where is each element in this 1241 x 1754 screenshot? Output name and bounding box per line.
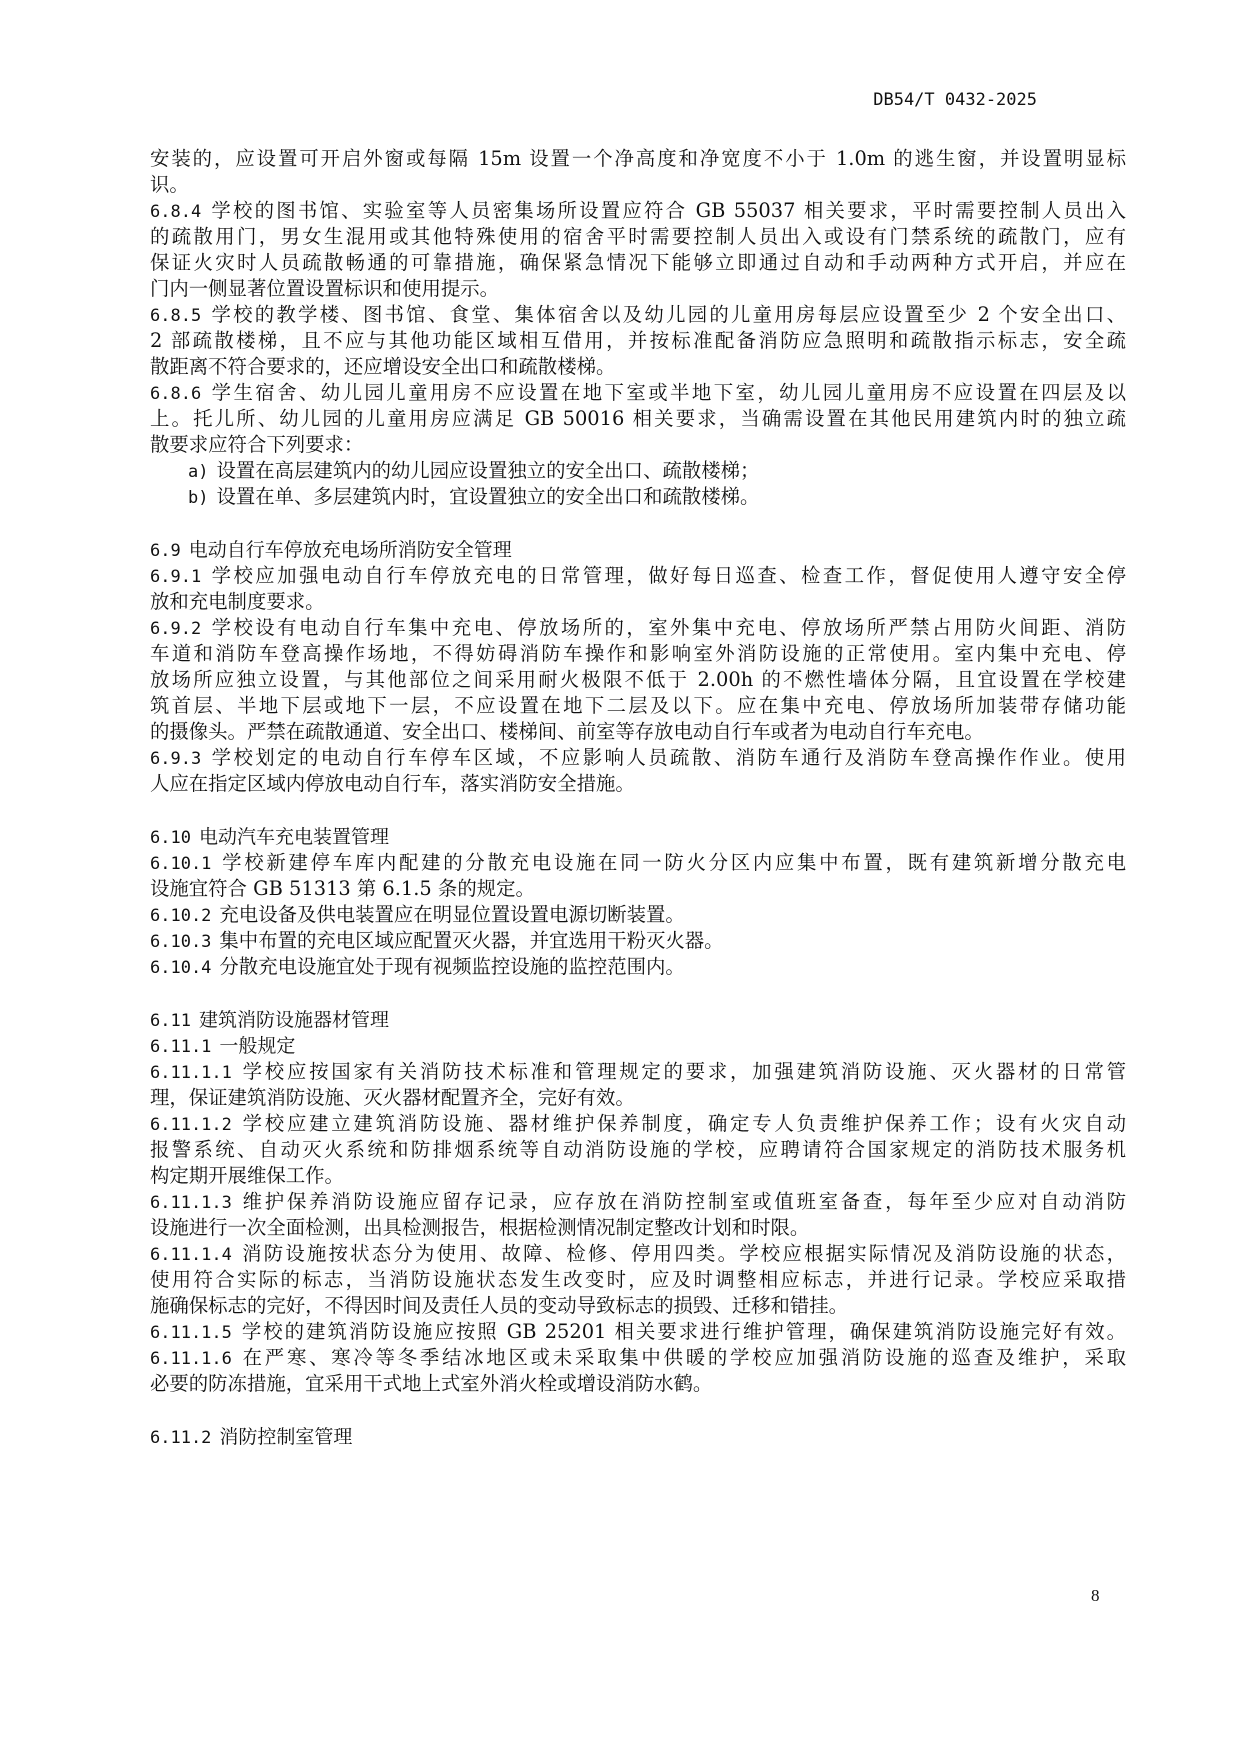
- line-text: 电动自行车停放充电场所消防安全管理: [189, 539, 512, 561]
- section-heading: 6.11.1一般规定: [150, 1033, 1126, 1059]
- line-text: 消防控制室管理: [219, 1426, 352, 1448]
- line-text: 学校划定的电动自行车停车区域，不应影响人员疏散、消防车通行及消防车登高操作作业。…: [209, 746, 1126, 769]
- clause-line: 6.11.1.6在严寒、寒冷等冬季结冰地区或未采取集中供暖的学校应加强消防设施的…: [150, 1345, 1126, 1371]
- clause-number: 6.8.5: [150, 306, 201, 326]
- paragraph-line: 理，保证建筑消防设施、灭火器材配置齐全，完好有效。: [150, 1085, 1126, 1111]
- line-text: 建筑消防设施器材管理: [199, 1009, 389, 1031]
- paragraph-line: 使用符合实际的标志，当消防设施状态发生改变时，应及时调整相应标志，并进行记录。学…: [150, 1267, 1126, 1293]
- line-text: 放和充电制度要求。: [150, 590, 325, 613]
- clause-line: 6.9.1学校应加强电动自行车停放充电的日常管理，做好每日巡查、检查工作，督促使…: [150, 563, 1126, 589]
- line-text: 放场所应独立设置，与其他部位之间采用耐火极限不低于 2.00h 的不燃性墙体分隔…: [150, 668, 1126, 691]
- line-text: 车道和消防车登高操作场地，不得妨碍消防车操作和影响室外消防设施的正常使用。室内集…: [150, 642, 1126, 665]
- clause-line: 6.10.1学校新建停车库内配建的分散充电设施在同一防火分区内应集中布置，既有建…: [150, 850, 1126, 876]
- line-text: 人应在指定区域内停放电动自行车，落实消防安全措施。: [150, 772, 635, 795]
- clause-number: 6.11.1.4: [150, 1245, 232, 1265]
- paragraph-line: 安装的，应设置可开启外窗或每隔 15m 设置一个净高度和净宽度不小于 1.0m …: [150, 146, 1126, 172]
- paragraph-line: 设施进行一次全面检测，出具检测报告，根据检测情况制定整改计划和时限。: [150, 1215, 1126, 1241]
- clause-line: 6.11.1.5学校的建筑消防设施应按照 GB 25201 相关要求进行维护管理…: [150, 1319, 1126, 1345]
- paragraph-line: 识。: [150, 172, 1126, 198]
- line-text: 保证火灾时人员疏散畅通的可靠措施，确保紧急情况下能够立即通过自动和手动两种方式开…: [150, 251, 1126, 274]
- line-text: 门内一侧显著位置设置标识和使用提示。: [150, 277, 499, 300]
- paragraph-line: 筑首层、半地下层或地下一层，不应设置在地下二层及以下。应在集中充电、停放场所加装…: [150, 693, 1126, 719]
- line-text: 学生宿舍、幼儿园儿童用房不应设置在地下室或半地下室，幼儿园儿童用房不应设置在四层…: [209, 381, 1126, 404]
- paragraph-line: 人应在指定区域内停放电动自行车，落实消防安全措施。: [150, 771, 1126, 797]
- list-item: a)设置在高层建筑内的幼儿园应设置独立的安全出口、疏散楼梯；: [150, 458, 1126, 484]
- paragraph-line: 门内一侧显著位置设置标识和使用提示。: [150, 276, 1126, 302]
- clause-line: 6.8.4学校的图书馆、实验室等人员密集场所设置应符合 GB 55037 相关要…: [150, 198, 1126, 224]
- paragraph-line: 散要求应符合下列要求：: [150, 432, 1126, 458]
- line-text: 学校的建筑消防设施应按照 GB 25201 相关要求进行维护管理，确保建筑消防设…: [240, 1320, 1126, 1343]
- paragraph-line: 施确保标志的完好，不得因时间及责任人员的变动导致标志的损毁、迁移和错挂。: [150, 1293, 1126, 1319]
- line-text: 设置在单、多层建筑内时，宜设置独立的安全出口和疏散楼梯。: [216, 485, 759, 508]
- section-spacer: [150, 510, 1126, 537]
- clause-line: 6.11.1.1学校应按国家有关消防技术标准和管理规定的要求，加强建筑消防设施、…: [150, 1059, 1126, 1085]
- paragraph-line: 车道和消防车登高操作场地，不得妨碍消防车操作和影响室外消防设施的正常使用。室内集…: [150, 641, 1126, 667]
- section-heading: 6.11建筑消防设施器材管理: [150, 1007, 1126, 1033]
- clause-number: 6.11.1.2: [150, 1115, 232, 1135]
- document-code-header: DB54/T 0432-2025: [861, 90, 1037, 110]
- clause-number: 6.10.2: [150, 906, 211, 926]
- line-text: 施确保标志的完好，不得因时间及责任人员的变动导致标志的损毁、迁移和错挂。: [150, 1294, 848, 1317]
- line-text: 设施宜符合 GB 51313 第 6.1.5 条的规定。: [150, 877, 535, 900]
- paragraph-line: 的摄像头。严禁在疏散通道、安全出口、楼梯间、前室等存放电动自行车或者为电动自行车…: [150, 719, 1126, 745]
- section-spacer: [150, 1397, 1126, 1424]
- line-text: 学校应按国家有关消防技术标准和管理规定的要求，加强建筑消防设施、灭火器材的日常管: [240, 1060, 1126, 1083]
- line-text: 的摄像头。严禁在疏散通道、安全出口、楼梯间、前室等存放电动自行车或者为电动自行车…: [150, 720, 984, 743]
- line-text: 在严寒、寒冷等冬季结冰地区或未采取集中供暖的学校应加强消防设施的巡查及维护，采取: [240, 1346, 1126, 1369]
- list-item-label: a): [188, 462, 208, 482]
- line-text: 维护保养消防设施应留存记录，应存放在消防控制室或值班室备查，每年至少应对自动消防: [240, 1190, 1126, 1213]
- paragraph-line: 构定期开展维保工作。: [150, 1163, 1126, 1189]
- clause-number: 6.9.1: [150, 567, 201, 587]
- paragraph-line: 设施宜符合 GB 51313 第 6.1.5 条的规定。: [150, 876, 1126, 902]
- clause-line: 6.9.3学校划定的电动自行车停车区域，不应影响人员疏散、消防车通行及消防车登高…: [150, 745, 1126, 771]
- line-text: 电动汽车充电装置管理: [199, 826, 389, 848]
- clause-line: 6.9.2学校设有电动自行车集中充电、停放场所的，室外集中充电、停放场所严禁占用…: [150, 615, 1126, 641]
- section-heading: 6.9电动自行车停放充电场所消防安全管理: [150, 537, 1126, 563]
- line-text: 报警系统、自动灭火系统和防排烟系统等自动消防设施的学校，应聘请符合国家规定的消防…: [150, 1138, 1126, 1161]
- clause-number: 6.11.1.6: [150, 1349, 232, 1369]
- section-spacer: [150, 797, 1126, 824]
- clause-number: 6.8.6: [150, 384, 201, 404]
- clause-number: 6.11.1.5: [150, 1323, 232, 1343]
- line-text: 消防设施按状态分为使用、故障、检修、停用四类。学校应根据实际情况及消防设施的状态…: [240, 1242, 1126, 1265]
- line-text: 识。: [150, 173, 189, 196]
- clause-number: 6.11: [150, 1011, 191, 1031]
- line-text: 学校应加强电动自行车停放充电的日常管理，做好每日巡查、检查工作，督促使用人遵守安…: [209, 564, 1126, 587]
- clause-number: 6.11.1.1: [150, 1063, 232, 1083]
- paragraph-line: 必要的防冻措施，宜采用干式地上式室外消火栓或增设消防水鹤。: [150, 1371, 1126, 1397]
- section-spacer: [150, 980, 1126, 1007]
- line-text: 使用符合实际的标志，当消防设施状态发生改变时，应及时调整相应标志，并进行记录。学…: [150, 1268, 1126, 1291]
- line-text: 集中布置的充电区域应配置灭火器，并宜选用干粉灭火器。: [219, 929, 723, 952]
- paragraph-line: 保证火灾时人员疏散畅通的可靠措施，确保紧急情况下能够立即通过自动和手动两种方式开…: [150, 250, 1126, 276]
- line-text: 筑首层、半地下层或地下一层，不应设置在地下二层及以下。应在集中充电、停放场所加装…: [150, 694, 1126, 717]
- clause-number: 6.10.1: [150, 854, 211, 874]
- line-text: 学校应建立建筑消防设施、器材维护保养制度，确定专人负责维护保养工作；设有火灾自动: [240, 1112, 1126, 1135]
- clause-number: 6.9.3: [150, 749, 201, 769]
- clause-number: 6.10.4: [150, 958, 211, 978]
- line-text: 设施进行一次全面检测，出具检测报告，根据检测情况制定整改计划和时限。: [150, 1216, 809, 1239]
- clause-number: 6.11.2: [150, 1428, 211, 1448]
- clause-number: 6.10.3: [150, 932, 211, 952]
- paragraph-line: 报警系统、自动灭火系统和防排烟系统等自动消防设施的学校，应聘请符合国家规定的消防…: [150, 1137, 1126, 1163]
- line-text: 安装的，应设置可开启外窗或每隔 15m 设置一个净高度和净宽度不小于 1.0m …: [150, 147, 1126, 170]
- clause-line: 6.8.5学校的教学楼、图书馆、食堂、集体宿舍以及幼儿园的儿童用房每层应设置至少…: [150, 302, 1126, 328]
- clause-line: 6.11.1.2学校应建立建筑消防设施、器材维护保养制度，确定专人负责维护保养工…: [150, 1111, 1126, 1137]
- clause-line: 6.10.2充电设备及供电装置应在明显位置设置电源切断装置。: [150, 902, 1126, 928]
- clause-number: 6.8.4: [150, 202, 201, 222]
- line-text: 2 部疏散楼梯，且不应与其他功能区域相互借用，并按标准配备消防应急照明和疏散指示…: [150, 329, 1126, 352]
- line-text: 设置在高层建筑内的幼儿园应设置独立的安全出口、疏散楼梯；: [216, 459, 759, 482]
- clause-line: 6.8.6学生宿舍、幼儿园儿童用房不应设置在地下室或半地下室，幼儿园儿童用房不应…: [150, 380, 1126, 406]
- paragraph-line: 放场所应独立设置，与其他部位之间采用耐火极限不低于 2.00h 的不燃性墙体分隔…: [150, 667, 1126, 693]
- line-text: 学校新建停车库内配建的分散充电设施在同一防火分区内应集中布置，既有建筑新增分散充…: [219, 851, 1126, 874]
- clause-number: 6.10: [150, 828, 191, 848]
- clause-number: 6.11.1: [150, 1037, 211, 1057]
- page-number: 8: [1091, 1586, 1100, 1606]
- list-item-label: b): [188, 488, 208, 508]
- line-text: 散距离不符合要求的，还应增设安全出口和疏散楼梯。: [150, 355, 615, 378]
- clause-line: 6.10.4分散充电设施宜处于现有视频监控设施的监控范围内。: [150, 954, 1126, 980]
- line-text: 散要求应符合下列要求：: [150, 433, 363, 456]
- clause-number: 6.11.1.3: [150, 1193, 232, 1213]
- line-text: 充电设备及供电装置应在明显位置设置电源切断装置。: [219, 903, 684, 926]
- list-item: b)设置在单、多层建筑内时，宜设置独立的安全出口和疏散楼梯。: [150, 484, 1126, 510]
- line-text: 学校的教学楼、图书馆、食堂、集体宿舍以及幼儿园的儿童用房每层应设置至少 2 个安…: [209, 303, 1126, 326]
- clause-number: 6.9: [150, 541, 181, 561]
- paragraph-line: 放和充电制度要求。: [150, 589, 1126, 615]
- line-text: 理，保证建筑消防设施、灭火器材配置齐全，完好有效。: [150, 1086, 635, 1109]
- line-text: 的疏散用门，男女生混用或其他特殊使用的宿舍平时需要控制人员出入或设有门禁系统的疏…: [150, 225, 1126, 248]
- line-text: 学校的图书馆、实验室等人员密集场所设置应符合 GB 55037 相关要求，平时需…: [209, 199, 1126, 222]
- paragraph-line: 的疏散用门，男女生混用或其他特殊使用的宿舍平时需要控制人员出入或设有门禁系统的疏…: [150, 224, 1126, 250]
- clause-line: 6.11.1.3维护保养消防设施应留存记录，应存放在消防控制室或值班室备查，每年…: [150, 1189, 1126, 1215]
- clause-number: 6.9.2: [150, 619, 201, 639]
- document-body: 安装的，应设置可开启外窗或每隔 15m 设置一个净高度和净宽度不小于 1.0m …: [150, 146, 1126, 1450]
- line-text: 必要的防冻措施，宜采用干式地上式室外消火栓或增设消防水鹤。: [150, 1372, 712, 1395]
- section-heading: 6.10电动汽车充电装置管理: [150, 824, 1126, 850]
- paragraph-line: 散距离不符合要求的，还应增设安全出口和疏散楼梯。: [150, 354, 1126, 380]
- line-text: 分散充电设施宜处于现有视频监控设施的监控范围内。: [219, 955, 684, 978]
- line-text: 上。托儿所、幼儿园的儿童用房应满足 GB 50016 相关要求，当确需设置在其他…: [150, 407, 1126, 430]
- clause-line: 6.11.1.4消防设施按状态分为使用、故障、检修、停用四类。学校应根据实际情况…: [150, 1241, 1126, 1267]
- line-text: 一般规定: [219, 1035, 295, 1057]
- paragraph-line: 上。托儿所、幼儿园的儿童用房应满足 GB 50016 相关要求，当确需设置在其他…: [150, 406, 1126, 432]
- line-text: 学校设有电动自行车集中充电、停放场所的，室外集中充电、停放场所严禁占用防火间距、…: [209, 616, 1126, 639]
- clause-line: 6.10.3集中布置的充电区域应配置灭火器，并宜选用干粉灭火器。: [150, 928, 1126, 954]
- line-text: 构定期开展维保工作。: [150, 1164, 344, 1187]
- section-heading: 6.11.2消防控制室管理: [150, 1424, 1126, 1450]
- paragraph-line: 2 部疏散楼梯，且不应与其他功能区域相互借用，并按标准配备消防应急照明和疏散指示…: [150, 328, 1126, 354]
